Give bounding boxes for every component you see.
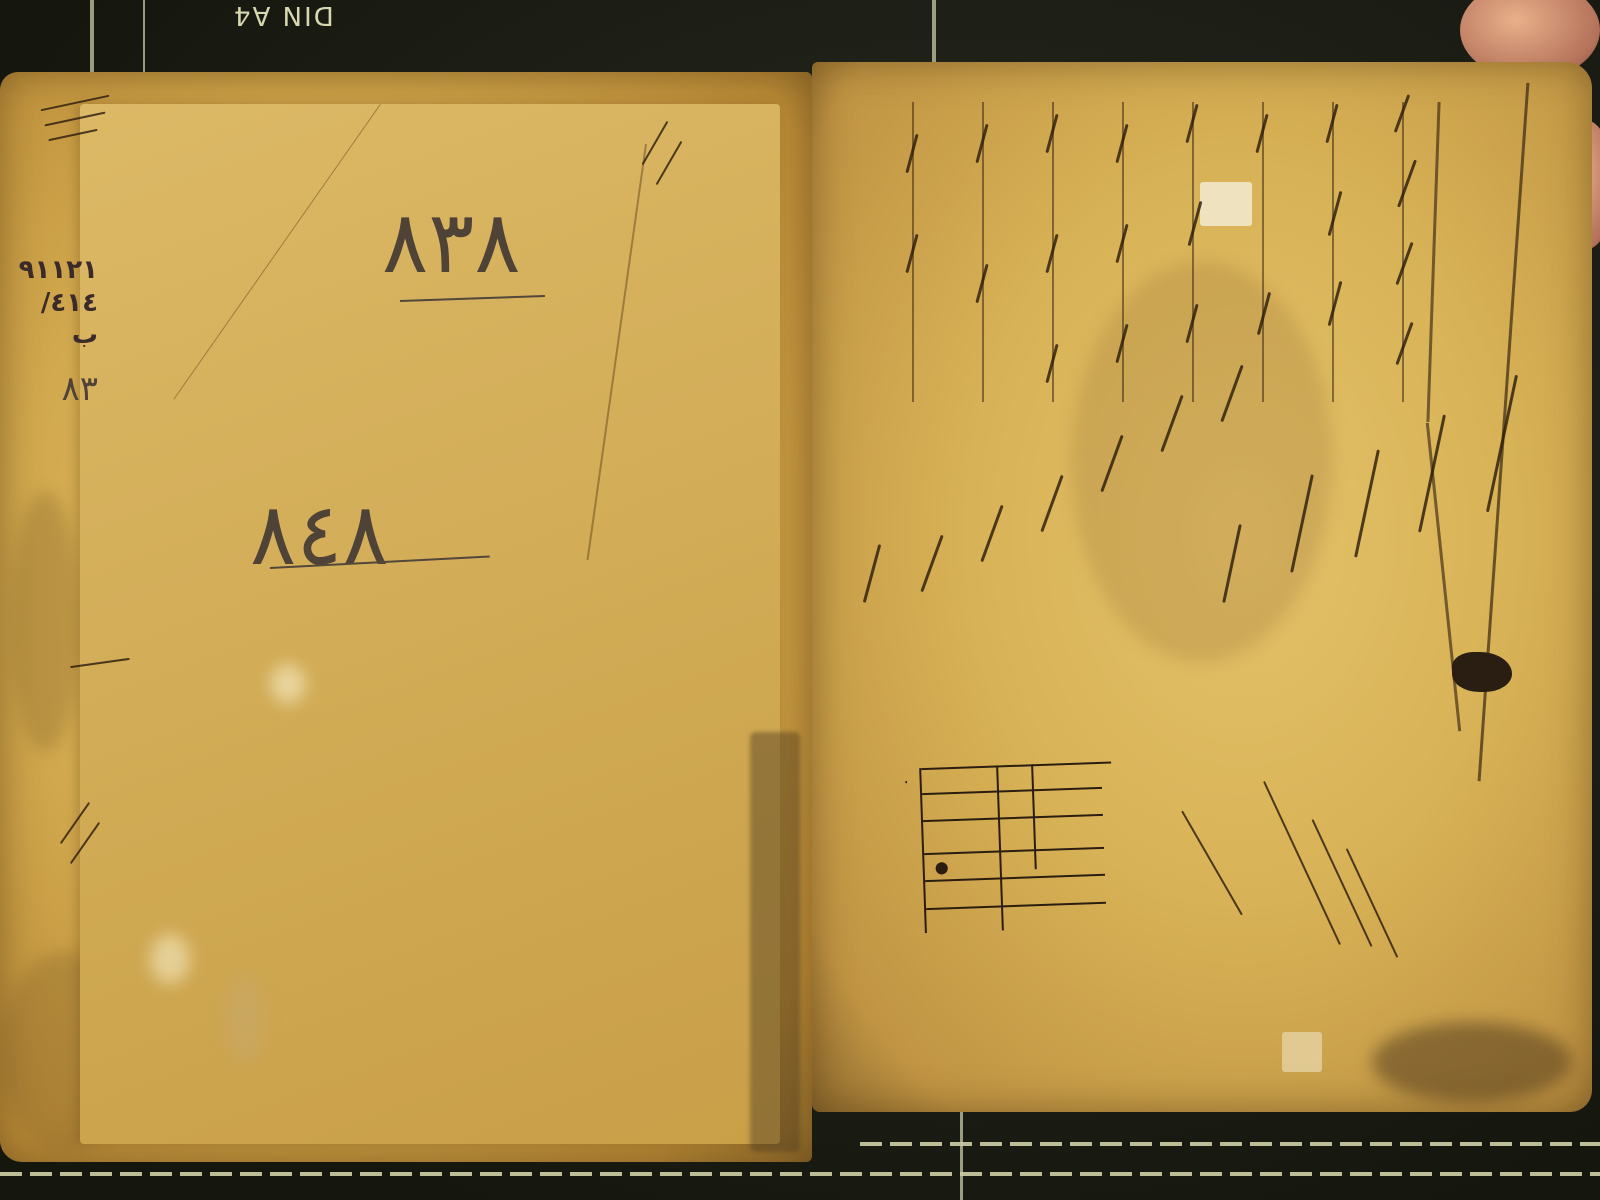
left-page: ٨٣٨ ٨٤٨ ٩١١٢١ ٤١٤/ب ٨٣ bbox=[0, 72, 812, 1162]
table-mark: ● bbox=[934, 857, 949, 876]
table-rule bbox=[925, 874, 1105, 882]
script-stroke bbox=[1290, 474, 1314, 572]
mat-grid-line bbox=[143, 0, 145, 72]
script-stroke bbox=[1181, 811, 1243, 916]
right-text-block bbox=[1192, 402, 1492, 722]
mat-grid-line bbox=[960, 1100, 963, 1200]
stain bbox=[150, 934, 190, 984]
script-stroke bbox=[1418, 414, 1446, 532]
script-stroke bbox=[1397, 159, 1417, 207]
table-rule bbox=[924, 847, 1104, 855]
stain bbox=[270, 664, 306, 704]
mat-grid-line bbox=[90, 0, 94, 72]
script-stroke bbox=[1100, 435, 1123, 492]
script-stroke bbox=[1257, 292, 1271, 335]
ruled-line bbox=[1262, 102, 1264, 402]
paper-crack bbox=[587, 144, 647, 560]
pencil-numeral-top: ٨٣٨ bbox=[382, 200, 521, 286]
mat-ruler-marks bbox=[860, 1142, 1600, 1146]
stain bbox=[10, 492, 80, 752]
table-rule bbox=[922, 787, 1102, 795]
right-page bbox=[812, 62, 1592, 1112]
script-stroke bbox=[1395, 242, 1413, 285]
script-stroke bbox=[1395, 322, 1413, 365]
script-stroke bbox=[1160, 395, 1183, 452]
stain bbox=[225, 974, 265, 1064]
script-stroke bbox=[1040, 475, 1063, 532]
script-stroke bbox=[1263, 781, 1341, 945]
ruled-line bbox=[1332, 102, 1334, 402]
shelf-mark-line-1: ٩١١٢١ bbox=[18, 254, 98, 287]
shelf-mark-line-3: ٨٣ bbox=[18, 368, 98, 411]
script-stroke bbox=[1222, 524, 1242, 603]
script-stroke bbox=[1328, 281, 1343, 326]
table-rule bbox=[923, 814, 1103, 822]
mat-size-label: DIN A4 bbox=[232, 0, 334, 30]
script-stroke bbox=[863, 544, 881, 603]
mat-ruler-marks bbox=[0, 1172, 1600, 1176]
script-stroke bbox=[1346, 848, 1399, 958]
hand-drawn-table: · ● bbox=[919, 762, 1107, 933]
script-stroke bbox=[1354, 449, 1380, 557]
script-stroke bbox=[980, 505, 1003, 562]
table-rule bbox=[926, 902, 1106, 910]
lower-text-block bbox=[842, 382, 1242, 682]
upper-text-block bbox=[862, 102, 1422, 422]
bottom-notes bbox=[1112, 822, 1412, 1082]
paper-crack bbox=[174, 104, 381, 399]
script-stroke bbox=[920, 535, 943, 592]
shelf-mark-line-2: ٤١٤/ب bbox=[18, 287, 98, 352]
ruled-line bbox=[1192, 102, 1194, 402]
script-stroke bbox=[1328, 191, 1343, 236]
torn-edge bbox=[750, 732, 800, 1152]
handwriting-column-1 bbox=[1492, 82, 1532, 402]
script-stroke bbox=[1426, 102, 1440, 422]
margin-shelf-mark: ٩١١٢١ ٤١٤/ب ٨٣ bbox=[18, 254, 98, 410]
script-stroke bbox=[1188, 201, 1203, 246]
table-mark: · bbox=[903, 773, 909, 792]
ruled-line bbox=[1402, 102, 1404, 402]
